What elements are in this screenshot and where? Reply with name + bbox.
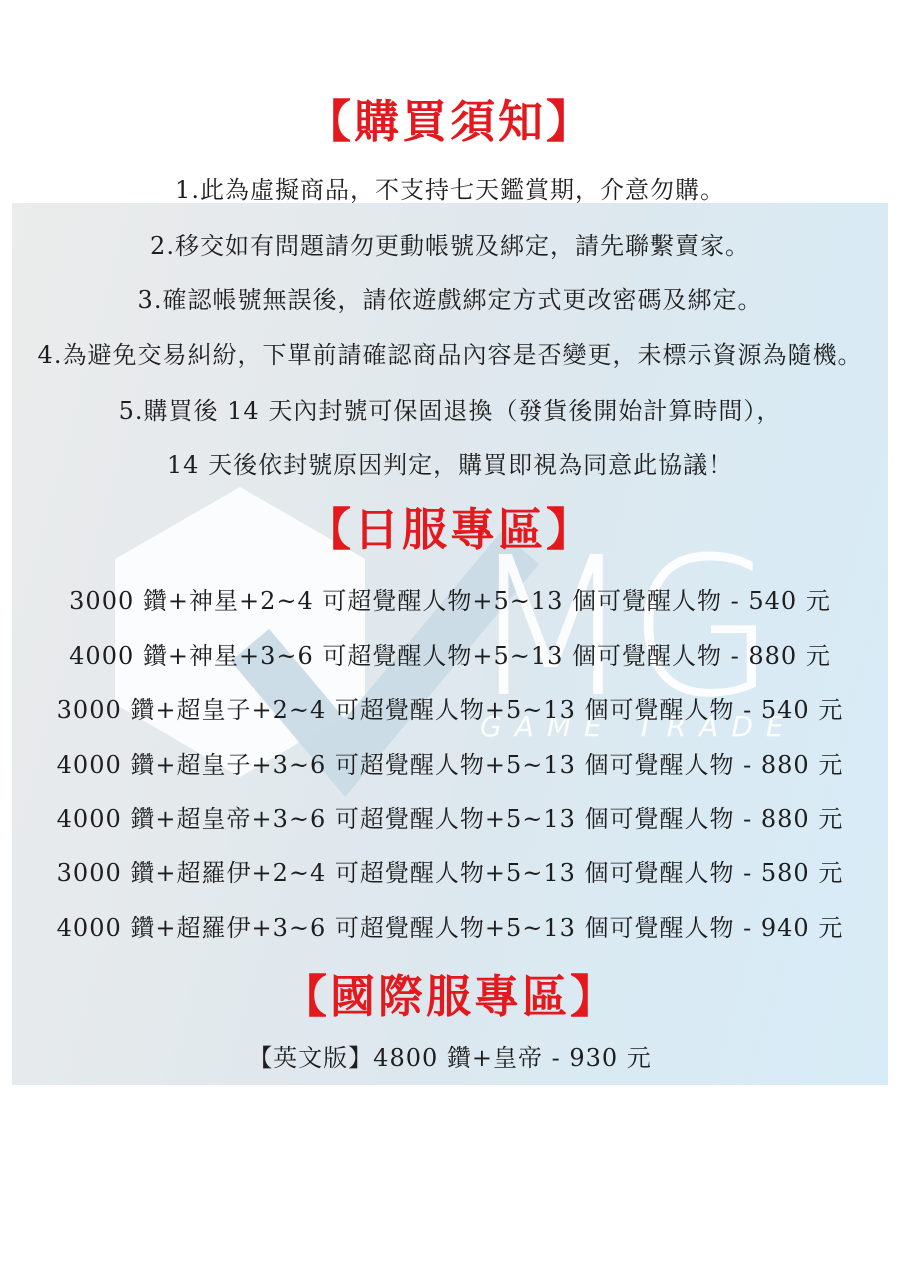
notice-line-3: 3.確認帳號無誤後，請依遊戲綁定方式更改密碼及綁定。 [0,285,900,315]
notice-line-2: 2.移交如有問題請勿更動帳號及綁定，請先聯繫賣家。 [0,231,900,261]
notice-line-5: 5.購買後 14 天內封號可保固退換（發貨後開始計算時間）， [0,396,900,426]
jp-server-section-title: 【日服專區】 [0,504,900,556]
notice-line-4: 4.為避免交易糾紛，下單前請確認商品內容是否變更，未標示資源為隨機。 [0,340,900,370]
jp-product-line: 3000 鑽+神星+2~4 可超覺醒人物+5~13 個可覺醒人物 - 540 元 [0,586,900,616]
page-title: 【購買須知】 [0,96,900,148]
jp-product-line: 4000 鑽+神星+3~6 可超覺醒人物+5~13 個可覺醒人物 - 880 元 [0,641,900,671]
intl-server-section-title: 【國際服專區】 [0,971,900,1023]
jp-product-line: 4000 鑽+超皇帝+3~6 可超覺醒人物+5~13 個可覺醒人物 - 880 … [0,804,900,834]
notice-line-5-cont: 14 天後依封號原因判定，購買即視為同意此協議！ [0,450,900,480]
intl-product-line: 【英文版】4800 鑽+皇帝 - 930 元 [0,1043,900,1073]
jp-product-line: 3000 鑽+超羅伊+2~4 可超覺醒人物+5~13 個可覺醒人物 - 580 … [0,858,900,888]
jp-product-line: 4000 鑽+超羅伊+3~6 可超覺醒人物+5~13 個可覺醒人物 - 940 … [0,913,900,943]
jp-product-line: 4000 鑽+超皇子+3~6 可超覺醒人物+5~13 個可覺醒人物 - 880 … [0,750,900,780]
jp-product-line: 3000 鑽+超皇子+2~4 可超覺醒人物+5~13 個可覺醒人物 - 540 … [0,695,900,725]
notice-line-1: 1.此為虛擬商品，不支持七天鑑賞期，介意勿購。 [0,175,900,205]
